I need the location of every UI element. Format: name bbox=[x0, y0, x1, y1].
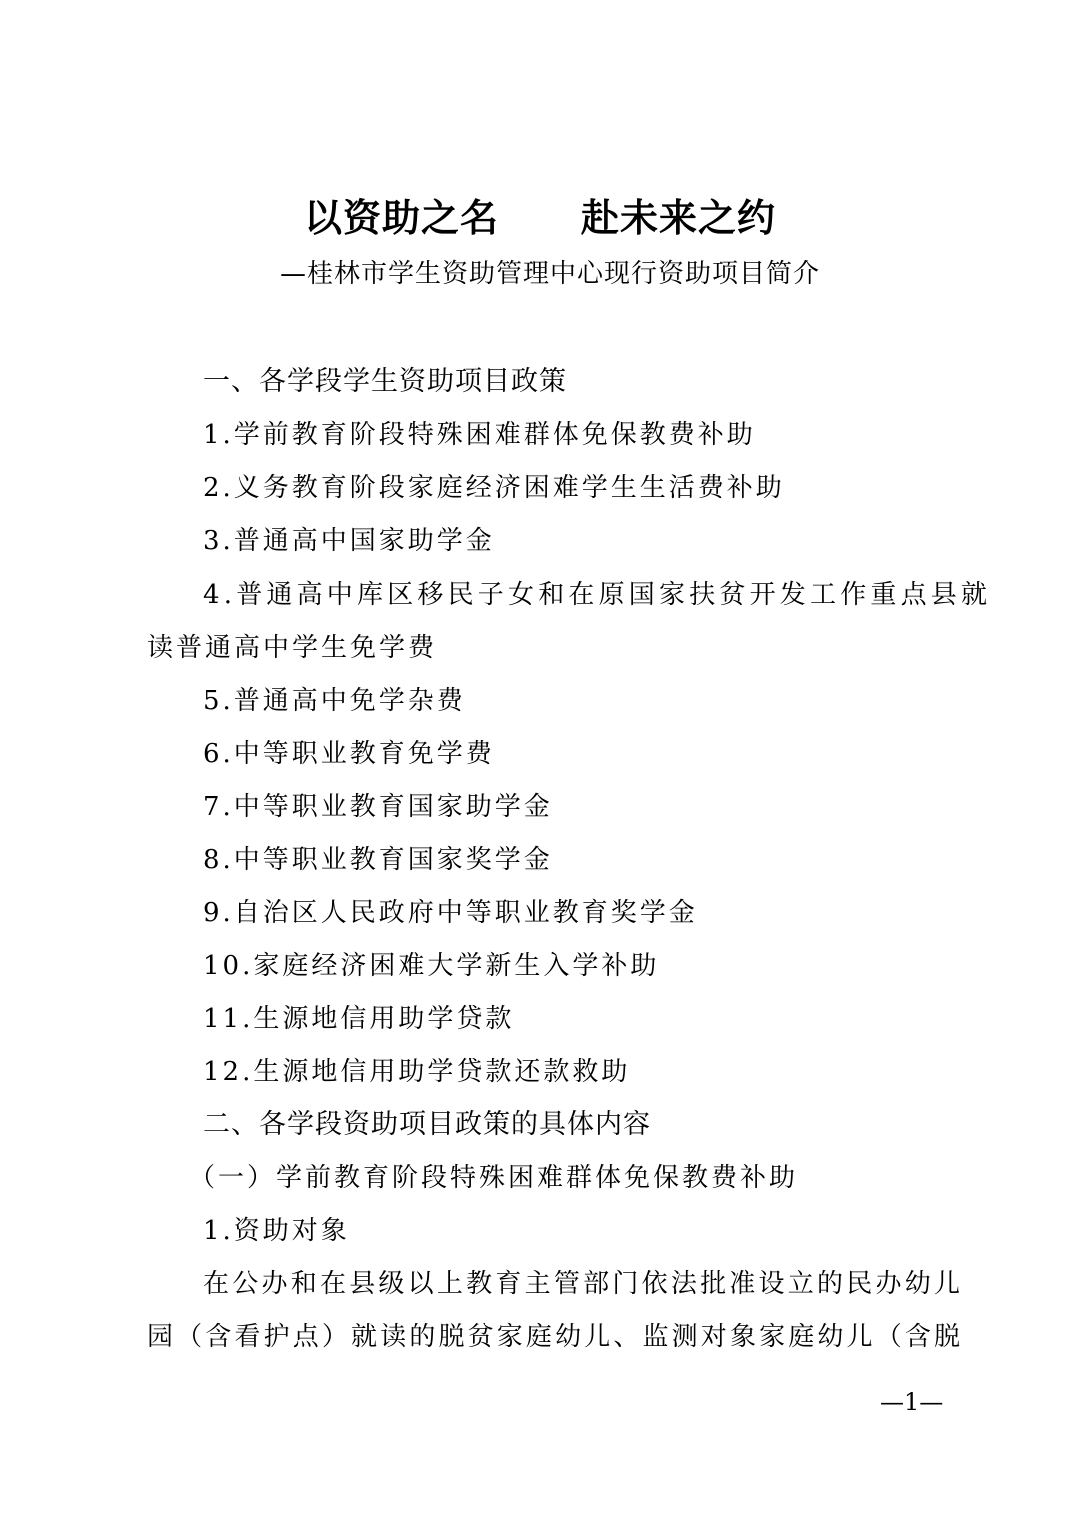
list-item: 3.普通高中国家助学金 bbox=[147, 521, 1018, 561]
document-subtitle: —桂林市学生资助管理中心现行资助项目简介 bbox=[0, 254, 1080, 294]
section-1-heading: 一、各学段学生资助项目政策 bbox=[147, 362, 1018, 402]
title-part-1: 以资助之名 bbox=[304, 196, 499, 240]
list-item: 2.义务教育阶段家庭经济困难学生生活费补助 bbox=[147, 468, 1018, 508]
section-2-heading: 二、各学段资助项目政策的具体内容 bbox=[147, 1105, 1018, 1145]
document-title: 以资助之名赴未来之约 bbox=[0, 193, 1080, 243]
page-number: —1— bbox=[880, 1384, 943, 1420]
item-heading: 1.资助对象 bbox=[147, 1211, 1018, 1251]
list-item: 8.中等职业教育国家奖学金 bbox=[147, 840, 1018, 880]
list-item: 7.中等职业教育国家助学金 bbox=[147, 787, 1018, 827]
list-item-continuation: 读普通高中学生免学费 bbox=[147, 628, 962, 668]
subsection-heading: （一）学前教育阶段特殊困难群体免保教费补助 bbox=[147, 1158, 1004, 1198]
title-part-2: 赴未来之约 bbox=[581, 196, 776, 240]
list-item: 12.生源地信用助学贷款还款救助 bbox=[147, 1052, 1018, 1092]
list-item: 4.普通高中库区移民子女和在原国家扶贫开发工作重点县就 bbox=[147, 575, 1018, 615]
list-item: 10.家庭经济困难大学新生入学补助 bbox=[147, 946, 1018, 986]
paragraph-line: 在公办和在县级以上教育主管部门依法批准设立的民办幼儿 bbox=[147, 1264, 962, 1304]
list-item: 9.自治区人民政府中等职业教育奖学金 bbox=[147, 893, 1018, 933]
paragraph-line: 园（含看护点）就读的脱贫家庭幼儿、监测对象家庭幼儿（含脱 bbox=[147, 1317, 962, 1357]
list-item: 11.生源地信用助学贷款 bbox=[147, 999, 1018, 1039]
list-item: 6.中等职业教育免学费 bbox=[147, 734, 1018, 774]
list-item: 5.普通高中免学杂费 bbox=[147, 681, 1018, 721]
document-page: 以资助之名赴未来之约 —桂林市学生资助管理中心现行资助项目简介 一、各学段学生资… bbox=[0, 0, 1080, 1527]
list-item: 1.学前教育阶段特殊困难群体免保教费补助 bbox=[147, 415, 1018, 455]
